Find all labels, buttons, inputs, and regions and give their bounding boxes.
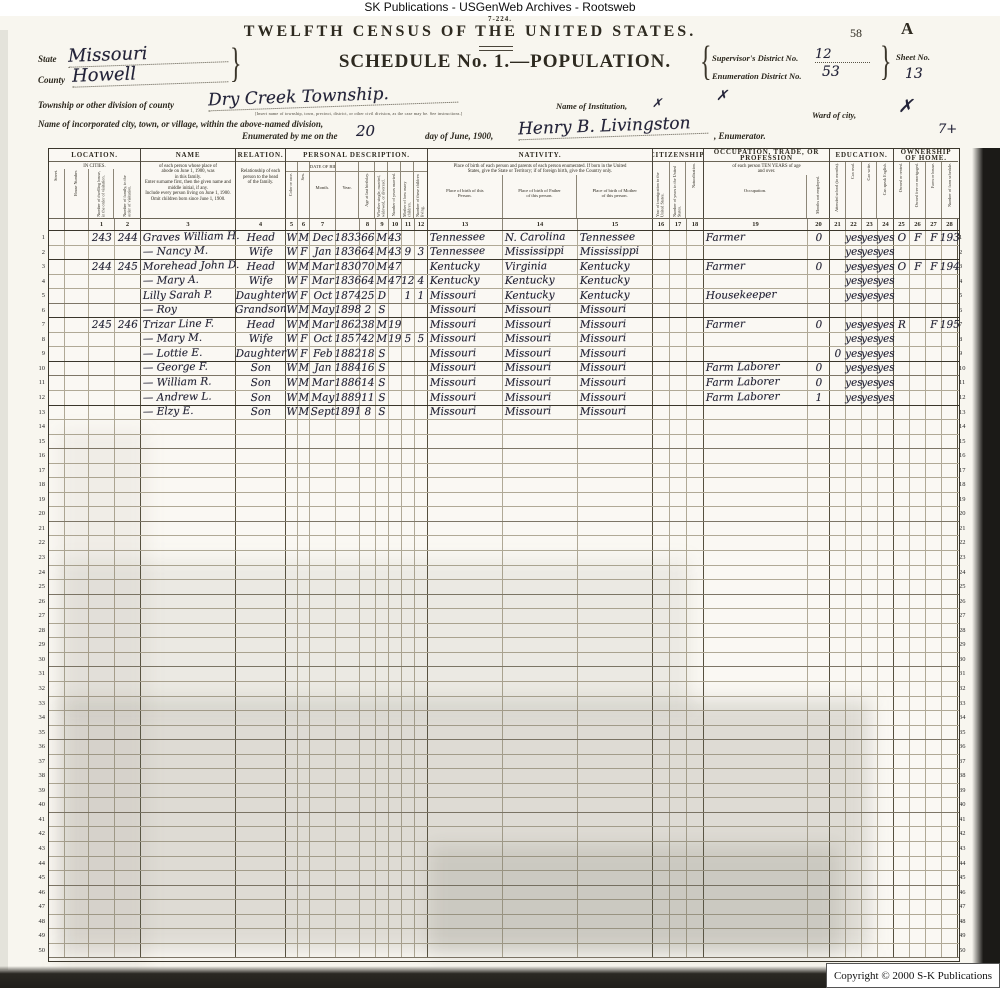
cell-owned (894, 769, 910, 783)
cell-occupation (704, 871, 808, 885)
cell-name (141, 536, 236, 550)
handwritten-value: Missouri (430, 289, 477, 302)
cell-sex (298, 449, 310, 463)
cell-owned (894, 406, 910, 420)
cell-color (286, 420, 298, 434)
cell-dwelling (89, 406, 115, 420)
cell-farm (926, 944, 942, 958)
handwritten-value: S (378, 377, 385, 389)
cell-age: 11 (360, 391, 376, 405)
cell-mortgage (910, 522, 926, 536)
table-row (49, 580, 959, 595)
handwritten-value: yes (860, 391, 878, 403)
cell-street (49, 376, 65, 390)
cell-year (336, 595, 360, 609)
cell-family (115, 362, 141, 376)
cell-year: 1836 (336, 246, 360, 260)
handwritten-value: 8 (364, 406, 371, 418)
handwritten-value: Oct (313, 333, 332, 345)
cell-pob_mother: Tennessee (578, 231, 653, 245)
cell-color (286, 638, 298, 652)
handwritten-value: 9 (404, 246, 411, 258)
cell-pob_mother (578, 653, 653, 667)
cell-english (878, 464, 894, 478)
cell-years_married (389, 653, 402, 667)
cell-occupation (704, 595, 808, 609)
cell-street (49, 944, 65, 958)
cell-mortgage (910, 813, 926, 827)
cell-color (286, 580, 298, 594)
table-row (49, 900, 959, 915)
cell-street (49, 609, 65, 623)
cell-pob_father (503, 740, 578, 754)
handwritten-value: 5 (404, 333, 411, 345)
cell-naturalization (687, 915, 704, 929)
handwritten-value: yes (860, 231, 878, 243)
cell-school (830, 609, 846, 623)
cell-name: — Nancy M. (141, 246, 236, 260)
cell-schedule (942, 638, 958, 652)
cell-month (310, 740, 336, 754)
cell-dwelling (89, 376, 115, 390)
cell-year: 1830 (336, 260, 360, 274)
cell-relation (236, 886, 286, 900)
cell-year: 1884 (336, 362, 360, 376)
handwritten-value: M (298, 391, 309, 403)
cell-relation (236, 653, 286, 667)
cell-family (115, 653, 141, 667)
handwritten-value: Virginia (505, 260, 547, 273)
cell-imm_year (653, 246, 670, 260)
cell-read (846, 944, 862, 958)
column-number: 25 (894, 219, 910, 230)
cell-write (862, 551, 878, 565)
handwritten-value: W (286, 289, 297, 301)
cell-schedule (942, 827, 958, 841)
cell-pob (428, 464, 503, 478)
cell-occupation (704, 493, 808, 507)
handwritten-value: 3 (417, 246, 424, 258)
cell-year: 1833 (336, 231, 360, 245)
cell-living (415, 798, 428, 812)
cell-schedule (942, 813, 958, 827)
cell-imm_year (653, 871, 670, 885)
cell-color: W (286, 318, 298, 332)
cell-school (830, 391, 846, 405)
handwritten-value: Missouri (430, 347, 477, 360)
cell-imm_year (653, 318, 670, 332)
table-row (49, 827, 959, 842)
census-title: TWELFTH CENSUS OF THE UNITED STATES. (0, 23, 940, 41)
cell-house (65, 420, 89, 434)
cell-years_married (389, 929, 402, 943)
cell-imm_year (653, 886, 670, 900)
handwritten-value: S (378, 406, 385, 418)
cell-mortgage (910, 609, 926, 623)
cell-dwelling (89, 566, 115, 580)
cell-years_us (670, 813, 687, 827)
handwritten-value: yes (860, 246, 878, 258)
cell-pob_father: Missouri (503, 362, 578, 376)
cell-marital (376, 566, 389, 580)
cell-write (862, 435, 878, 449)
column-number: 9 (376, 219, 389, 230)
cell-naturalization (687, 827, 704, 841)
cell-months_unemp (808, 609, 830, 623)
cell-mortgage (910, 536, 926, 550)
cell-years_us (670, 929, 687, 943)
handwritten-value: Oct (313, 289, 332, 301)
cell-english: yes (878, 231, 894, 245)
cell-english: yes (878, 260, 894, 274)
cell-marital (376, 827, 389, 841)
column-header: DATE OF BIRTH.Month. (310, 162, 336, 218)
cell-street (49, 260, 65, 274)
cell-relation (236, 595, 286, 609)
cell-occupation (704, 333, 808, 347)
cell-school (830, 871, 846, 885)
row-number: 44 (959, 857, 977, 872)
cell-relation (236, 464, 286, 478)
cell-months_unemp (808, 667, 830, 681)
cell-year (336, 493, 360, 507)
cell-years_us (670, 667, 687, 681)
cell-mortgage (910, 638, 926, 652)
handwritten-value: F (300, 275, 308, 287)
cell-dwelling: 245 (89, 318, 115, 332)
cell-occupation (704, 929, 808, 943)
cell-occupation (704, 522, 808, 536)
cell-living (415, 347, 428, 361)
cell-mother: 5 (402, 333, 415, 347)
cell-write (862, 420, 878, 434)
cell-marital: S (376, 304, 389, 318)
handwritten-value: Head (246, 318, 275, 331)
cell-age (360, 682, 376, 696)
handwritten-value: Mar (311, 318, 333, 330)
cell-mother (402, 595, 415, 609)
cell-relation: Wife (236, 333, 286, 347)
cell-pob: Missouri (428, 391, 503, 405)
cell-years_us (670, 464, 687, 478)
cell-pob_father (503, 755, 578, 769)
cell-schedule (942, 362, 958, 376)
cell-read: yes (846, 347, 862, 361)
cell-english: yes (878, 391, 894, 405)
cell-pob_father (503, 726, 578, 740)
cell-months_unemp (808, 304, 830, 318)
supervisor-value: 12 (815, 47, 870, 63)
cell-occupation (704, 755, 808, 769)
cell-english (878, 493, 894, 507)
cell-imm_year (653, 289, 670, 303)
cell-owned (894, 420, 910, 434)
cell-living (415, 435, 428, 449)
cell-relation (236, 755, 286, 769)
handwritten-value: Missouri (580, 391, 627, 404)
cell-years_us (670, 551, 687, 565)
cell-pob_mother (578, 915, 653, 929)
column-caption (286, 162, 297, 172)
cell-relation (236, 697, 286, 711)
handwritten-value: O (897, 231, 906, 243)
cell-age (360, 449, 376, 463)
cell-marital (376, 857, 389, 871)
table-row (49, 449, 959, 464)
cell-dwelling (89, 551, 115, 565)
cell-naturalization (687, 406, 704, 420)
cell-relation (236, 827, 286, 841)
cell-house (65, 391, 89, 405)
cell-naturalization (687, 493, 704, 507)
cell-imm_year (653, 551, 670, 565)
cell-naturalization (687, 566, 704, 580)
cell-mortgage: F (910, 260, 926, 274)
handwritten-value: S (378, 304, 385, 316)
cell-years_married (389, 813, 402, 827)
handwritten-value: Missouri (580, 376, 627, 389)
cell-sex: M (298, 406, 310, 420)
cell-occupation (704, 740, 808, 754)
cell-marital (376, 784, 389, 798)
group-body: IN CITIES.Street.House Number.Number of … (49, 162, 140, 218)
cell-english (878, 697, 894, 711)
cell-mother (402, 449, 415, 463)
cell-mortgage (910, 289, 926, 303)
cell-dwelling (89, 289, 115, 303)
cell-school (830, 726, 846, 740)
cell-school (830, 376, 846, 390)
cell-color: W (286, 275, 298, 289)
cell-pob_mother: Missouri (578, 376, 653, 390)
cell-months_unemp (808, 784, 830, 798)
cell-relation (236, 667, 286, 681)
handwritten-value: Mar (311, 275, 333, 287)
handwritten-value: 1898 (334, 304, 361, 317)
cell-sex: F (298, 246, 310, 260)
handwritten-value: yes (876, 260, 894, 272)
cell-color (286, 449, 298, 463)
column-headers: Street.House Number.Number of dwelling h… (49, 169, 140, 218)
cell-house (65, 740, 89, 754)
cell-house (65, 711, 89, 725)
cell-school (830, 493, 846, 507)
cell-english (878, 653, 894, 667)
cell-mortgage (910, 406, 926, 420)
cell-years_us (670, 653, 687, 667)
cell-pob_father (503, 886, 578, 900)
cell-months_unemp (808, 580, 830, 594)
cell-living (415, 842, 428, 856)
cell-owned (894, 697, 910, 711)
cell-house (65, 900, 89, 914)
cell-farm (926, 536, 942, 550)
cell-pob_father (503, 711, 578, 725)
institution-x-mark: ✗ (652, 96, 662, 110)
cell-living (415, 624, 428, 638)
cell-owned (894, 798, 910, 812)
handwritten-value: Missouri (580, 405, 627, 418)
cell-school (830, 624, 846, 638)
column-number: 5 (286, 219, 298, 230)
cell-owned (894, 857, 910, 871)
cell-marital: M (376, 246, 389, 260)
cell-month: Jan (310, 246, 336, 260)
cell-years_married (389, 769, 402, 783)
cell-owned: O (894, 260, 910, 274)
cell-school (830, 857, 846, 871)
cell-dwelling (89, 638, 115, 652)
column-label: Month. (316, 172, 329, 190)
cell-street (49, 886, 65, 900)
cell-name (141, 711, 236, 725)
cell-read (846, 667, 862, 681)
cell-year (336, 798, 360, 812)
cell-write (862, 493, 878, 507)
cell-occupation (704, 624, 808, 638)
cell-write: yes (862, 376, 878, 390)
cell-months_unemp (808, 536, 830, 550)
row-number: 33 (27, 697, 45, 712)
cell-year: 1886 (336, 376, 360, 390)
row-number: 7 (27, 318, 45, 333)
cell-mortgage (910, 871, 926, 885)
cell-month (310, 420, 336, 434)
cell-schedule (942, 595, 958, 609)
handwritten-value: M (298, 304, 309, 316)
cell-name: — Lottie E. (141, 347, 236, 361)
handwritten-value: 0 (815, 377, 822, 389)
cell-occupation (704, 944, 808, 958)
handwritten-value: Missouri (505, 361, 552, 374)
row-number: 36 (27, 740, 45, 755)
cell-owned (894, 304, 910, 318)
cell-living (415, 900, 428, 914)
cell-name (141, 871, 236, 885)
column-header: Sex. (298, 162, 310, 218)
cell-pob_father (503, 871, 578, 885)
cell-marital (376, 755, 389, 769)
row-number: 25 (959, 580, 977, 595)
cell-pob (428, 682, 503, 696)
cell-relation (236, 944, 286, 958)
cell-living (415, 813, 428, 827)
cell-pob: Missouri (428, 406, 503, 420)
cell-sex: M (298, 318, 310, 332)
cell-imm_year (653, 798, 670, 812)
cell-pob (428, 435, 503, 449)
handwritten-value: 245 (91, 318, 111, 330)
district-brace-right: } (880, 41, 892, 87)
cell-read (846, 493, 862, 507)
cell-house (65, 871, 89, 885)
cell-naturalization (687, 522, 704, 536)
cell-years_us (670, 624, 687, 638)
cell-months_unemp (808, 900, 830, 914)
cell-years_married: 43 (389, 231, 402, 245)
row-number: 32 (959, 682, 977, 697)
cell-year (336, 464, 360, 478)
cell-marital (376, 886, 389, 900)
cell-owned (894, 333, 910, 347)
cell-month (310, 784, 336, 798)
cell-read: yes (846, 376, 862, 390)
cell-house (65, 333, 89, 347)
handwritten-value: 2 (364, 304, 371, 316)
row-number: 18 (959, 478, 977, 493)
cell-english (878, 813, 894, 827)
cell-color (286, 464, 298, 478)
cell-month (310, 464, 336, 478)
row-number: 36 (959, 740, 977, 755)
cell-school (830, 638, 846, 652)
cell-living (415, 697, 428, 711)
cell-english (878, 915, 894, 929)
handwritten-value: W (286, 333, 297, 345)
cell-mortgage (910, 304, 926, 318)
cell-pob (428, 769, 503, 783)
cell-relation (236, 507, 286, 521)
cell-name (141, 609, 236, 623)
cell-age: 64 (360, 246, 376, 260)
cell-years_us (670, 304, 687, 318)
cell-mother (402, 420, 415, 434)
cell-pob_mother (578, 435, 653, 449)
row-number: 12 (959, 391, 977, 406)
cell-living (415, 362, 428, 376)
cell-sex: M (298, 362, 310, 376)
row-number: 31 (959, 667, 977, 682)
cell-months_unemp (808, 624, 830, 638)
cell-imm_year (653, 580, 670, 594)
column-label: Place of birth of Mother of this person. (592, 175, 636, 198)
handwritten-value: 1862 (334, 318, 361, 331)
cell-street (49, 522, 65, 536)
cell-sex (298, 566, 310, 580)
cell-house (65, 609, 89, 623)
row-number: 48 (27, 915, 45, 930)
cell-color: W (286, 406, 298, 420)
cell-sex (298, 478, 310, 492)
row-number: 37 (959, 755, 977, 770)
cell-schedule (942, 536, 958, 550)
handwritten-value: 1 (417, 290, 424, 302)
handwritten-value: 0 (815, 362, 822, 374)
handwritten-value: 18 (361, 348, 375, 360)
cell-write (862, 726, 878, 740)
cell-dwelling (89, 246, 115, 260)
cell-sex (298, 944, 310, 958)
cell-street (49, 536, 65, 550)
cell-imm_year (653, 842, 670, 856)
cell-pob_father (503, 653, 578, 667)
cell-pob (428, 624, 503, 638)
cell-year (336, 566, 360, 580)
cell-pob (428, 798, 503, 812)
cell-pob_mother (578, 507, 653, 521)
cell-schedule (942, 406, 958, 420)
cell-relation: Son (236, 391, 286, 405)
row-number: 1 (959, 231, 977, 246)
cell-occupation (704, 551, 808, 565)
cell-months_unemp (808, 813, 830, 827)
cell-schedule: 193 (942, 231, 958, 245)
cell-street (49, 857, 65, 871)
cell-owned (894, 246, 910, 260)
page-number: 58 (850, 26, 862, 41)
cell-street (49, 566, 65, 580)
cell-pob_father: Missouri (503, 376, 578, 390)
